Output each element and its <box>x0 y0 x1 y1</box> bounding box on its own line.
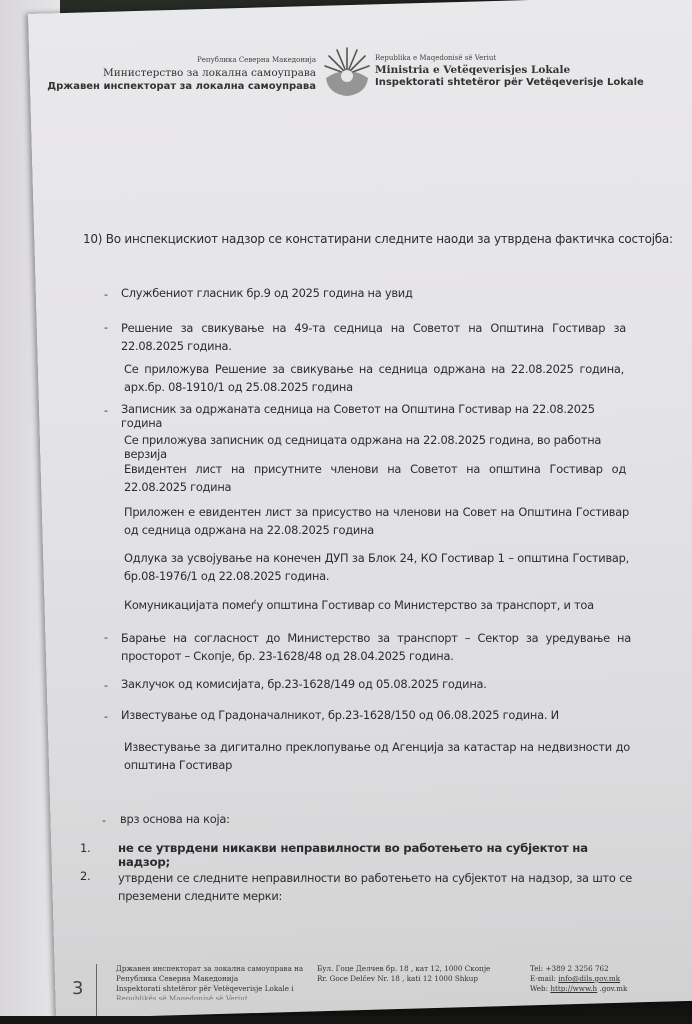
finding-item: Евидентен лист на присутните членови на … <box>124 460 626 496</box>
bullet-dash: - <box>104 321 108 334</box>
footer-address-line: Rr. Goce Delčev Nr. 18 , kati 12 1000 Sh… <box>317 974 517 984</box>
header-sq-republic: Republika e Maqedonisë së Veriut <box>375 54 644 62</box>
bullet-dash: - <box>104 710 108 723</box>
section-heading: 10) Во инспекцискиот надзор се констатир… <box>83 232 673 246</box>
numbered-marker: 1. <box>80 841 90 855</box>
finding-item: Комуникацијата помеѓу општина Гостивар с… <box>124 598 634 612</box>
bullet-dash: - <box>102 814 106 827</box>
footer-address: Бул. Гоце Делчев бр. 18 , кат 12, 1000 С… <box>317 964 517 984</box>
footer-organization: Државен инспекторат за локална самоуправ… <box>116 964 326 1000</box>
header-albanian: Republika e Maqedonisë së Veriut Ministr… <box>375 54 644 88</box>
document-content: Република Северна Македонија Министерств… <box>0 0 692 1024</box>
header-mk-ministry: Министерство за локална самоуправа <box>47 67 316 79</box>
finding-item: Известување од Градоначалникот, бр.23-16… <box>121 708 631 722</box>
header-mk-inspectorate: Државен инспекторат за локална самоуправ… <box>47 81 316 92</box>
finding-item: Приложен е евидентен лист за присуство н… <box>124 503 629 539</box>
numbered-item: утврдени се следните неправилности во ра… <box>118 869 632 905</box>
footer-web-link[interactable]: http://www.h <box>550 984 597 993</box>
numbered-item: не се утврдени никакви неправилности во … <box>118 841 638 869</box>
finding-item: Решение за свикување на 49-та седница на… <box>121 319 626 355</box>
bullet-dash: - <box>104 679 108 692</box>
photo-background-bottom <box>0 1016 692 1024</box>
footer-email-link[interactable]: info@dils.gov.mk <box>558 974 620 983</box>
footer-web-suffix: .gov.mk <box>597 984 627 993</box>
bullet-dash: - <box>104 404 108 417</box>
footer-email-row: E-mail: info@dils.gov.mk <box>530 974 670 984</box>
footer-web-row: Web: http://www.h .gov.mk <box>530 984 670 994</box>
header-sq-inspectorate: Inspektorati shtetëror për Vetëqeverisje… <box>375 77 644 88</box>
footer-org-line: Republikës së Maqedonisë së Veriut <box>116 994 326 1000</box>
basis-label: врз основа на која: <box>120 812 230 826</box>
finding-item: Се приложува Решение за свикување на сед… <box>124 360 624 396</box>
page-number: 3 <box>72 978 83 999</box>
bullet-dash: - <box>104 288 108 301</box>
finding-item: Заклучок од комисијата, бр.23-1628/149 о… <box>121 677 631 691</box>
header-macedonian: Република Северна Македонија Министерств… <box>47 56 316 92</box>
footer-web-label: Web: <box>530 984 550 993</box>
footer-divider <box>96 964 97 1016</box>
footer-org-line: Република Северна Македонија <box>116 974 326 984</box>
finding-item: Известување за дигитално преклопување од… <box>124 738 630 774</box>
bullet-dash: - <box>104 631 108 644</box>
finding-item: Одлука за усвојување на конечен ДУП за Б… <box>124 549 629 585</box>
numbered-marker: 2. <box>80 869 90 883</box>
finding-item: Службениот гласник бр.9 од 2025 година н… <box>121 286 631 300</box>
finding-item: Се приложува записник од седницата одржа… <box>124 433 634 461</box>
footer-org-line: Inspektorati shtetëror për Vetëqeverisje… <box>116 984 326 994</box>
sun-emblem-icon <box>322 44 372 98</box>
footer-address-line: Бул. Гоце Делчев бр. 18 , кат 12, 1000 С… <box>317 964 517 974</box>
footer-org-line: Државен инспекторат за локална самоуправ… <box>116 964 326 974</box>
footer-contact: Tel: +389 2 3256 762 E-mail: info@dils.g… <box>530 964 670 994</box>
header-sq-ministry: Ministria e Vetëqeverisjes Lokale <box>375 64 644 76</box>
header-mk-republic: Република Северна Македонија <box>47 56 316 64</box>
footer-tel: Tel: +389 2 3256 762 <box>530 964 670 974</box>
finding-item: Записник за одржаната седница на Советот… <box>121 402 631 430</box>
footer-email-label: E-mail: <box>530 974 558 983</box>
finding-item: Барање на согласност до Министерство за … <box>121 629 631 665</box>
